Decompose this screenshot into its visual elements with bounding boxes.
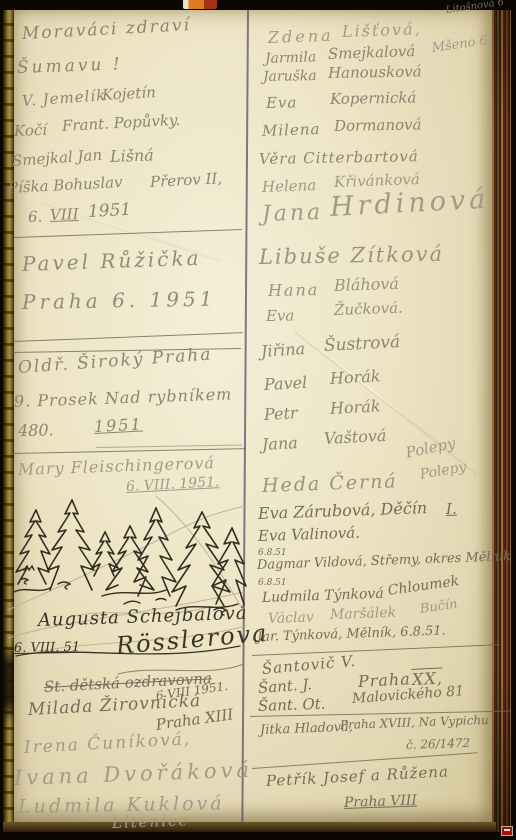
entry-eva-k-first: Eva (266, 95, 298, 111)
entry-petr-first: Petr (264, 405, 298, 423)
entry-eva-z-last: Žučková. (334, 301, 403, 318)
entry-scrawl3: Šant. Ot. (258, 697, 326, 714)
entry-piska-place: Přerov II, (150, 171, 223, 190)
entry-tynkova-name: Ludmila Týnková (262, 587, 384, 605)
entry-valinova-name: Eva Valinová. (258, 525, 360, 544)
entry-greeting-line2: Šumavu ! (17, 56, 123, 77)
entry-jaruska-first: Jaruška (263, 69, 317, 84)
entry-ruzicka-place-date: Praha 6. 1951 (22, 289, 217, 312)
book-binding-edge (3, 10, 14, 831)
entry-milena-first: Milena (262, 122, 321, 139)
entry-pavel-first: Pavel (264, 375, 308, 393)
entry-vaclav-first: Václav (268, 610, 314, 626)
entry-heda-name: Heda Černá (262, 472, 398, 496)
entry-zdena-first: Zdena (268, 28, 334, 46)
entry-petr-last: Horák (330, 398, 381, 417)
entry-jana-v-last: Vaštová (324, 428, 387, 447)
entry-koci-name: Kočí (14, 123, 48, 139)
entry-eva-k-last: Kopernická (330, 90, 417, 107)
entry-scrawl2: Šant. J. (257, 677, 312, 696)
bookmark-ribbon-edge (183, 0, 217, 9)
entry-vaclav-last: Maršálek (330, 606, 397, 622)
entry-eva-z-first: Eva (266, 309, 295, 324)
entry-jemelik-place: Kojetín (102, 85, 157, 103)
entry-jana-first: Jana (262, 202, 324, 226)
book-bottom-edge (3, 822, 496, 832)
entry-date-year: 1951 (88, 202, 132, 221)
entry-zdena-last: Lišťová, (342, 21, 422, 40)
entry-ruzicka-name: Pavel Růžička (22, 248, 202, 274)
entry-zarubova-roman: I. (446, 502, 457, 517)
entry-helena-first: Helena (262, 178, 317, 195)
entry-jarmila-first: Jarmila (265, 50, 317, 66)
entry-jaruska-last: Hanousková (328, 64, 422, 81)
scanner-watermark-icon (501, 826, 513, 836)
entry-jitka-address: č. 26/1472 (406, 737, 471, 751)
entry-milena-last: Dormanová (334, 117, 422, 134)
entry-date-month: VIII (50, 207, 79, 223)
entry-siroky-number: 480. (18, 422, 54, 439)
entry-jirina-last: Šustrová (324, 334, 401, 355)
entry-libuse-name: Libuše Zítková (259, 244, 444, 268)
entry-jirina-first: Jiřina (260, 341, 305, 360)
entry-smejkal-place: Lišná (110, 147, 154, 165)
entry-ludmila-place: Litenice (112, 813, 190, 831)
entry-date-day: 6. (28, 210, 43, 225)
entry-jana-last: Hrdinová (329, 186, 490, 221)
scan-top-border (0, 0, 516, 10)
stacked-page-edges (492, 6, 511, 832)
entry-petrik-place: Praha VIII (344, 793, 417, 810)
entry-jana-v-first: Jana (262, 435, 299, 453)
entry-vera-name: Věra Citterbartová (259, 149, 419, 167)
entry-hana-first: Hana (268, 282, 320, 299)
entry-date-small2: 6.8.51 (258, 579, 287, 588)
scanned-guestbook-page: Moraváci zdraví Šumavu ! V. Jemelík Koje… (0, 0, 516, 840)
entry-hana-last: Bláhová (334, 276, 399, 294)
entry-siroky-year: 1951 (94, 416, 143, 435)
entry-pavel-last: Horák (330, 368, 381, 387)
entry-jarmila-last: Smejkalová (328, 44, 416, 62)
